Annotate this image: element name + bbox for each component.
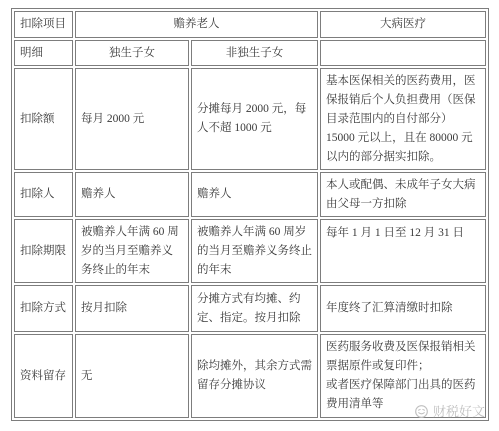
cell-deduction-period-non-only-child: 被赡养人年满 60 周岁的当月至赡养义务终止的年末 — [191, 219, 318, 283]
table-row-deduction-period: 扣除期限 被赡养人年满 60 周岁的当月至赡养义务终止的年末 被赡养人年满 60… — [14, 219, 486, 283]
cell-deduction-method-medical: 年度终了汇算清缴时扣除 — [320, 285, 486, 332]
cell-deduction-period-label: 扣除期限 — [14, 219, 73, 283]
cell-deduction-period-only-child: 被赡养人年满 60 周岁的当月至赡养义务终止的年末 — [75, 219, 189, 283]
cell-deduction-method-non-only-child: 分摊方式有均摊、约定、指定。按月扣除 — [191, 285, 318, 332]
cell-deduction-item-header: 扣除项目 — [14, 11, 73, 38]
cell-serious-illness-header: 大病医疗 — [320, 11, 486, 38]
cell-deductor-label: 扣除人 — [14, 172, 73, 217]
table-row-deduction-amount: 扣除额 每月 2000 元 分摊每月 2000 元，每人不超 1000 元 基本… — [14, 68, 486, 170]
cell-deduction-amount-non-only-child: 分摊每月 2000 元，每人不超 1000 元 — [191, 68, 318, 170]
cell-deduction-method-label: 扣除方式 — [14, 285, 73, 332]
cell-detail-medical-blank — [320, 40, 486, 66]
cell-detail-label: 明细 — [14, 40, 73, 66]
cell-document-retention-non-only-child: 除均摊外，其余方式需留存分摊协议 — [191, 334, 318, 418]
watermark-label: 财税好文 — [433, 405, 485, 418]
cell-document-retention-only-child: 无 — [75, 334, 189, 418]
table-row-deduction-method: 扣除方式 按月扣除 分摊方式有均摊、约定、指定。按月扣除 年度终了汇算清缴时扣除 — [14, 285, 486, 332]
cell-deduction-period-medical: 每年 1 月 1 日至 12 月 31 日 — [320, 219, 486, 283]
cell-deductor-non-only-child: 赡养人 — [191, 172, 318, 217]
cell-deduction-amount-medical: 基本医保相关的医药费用，医保报销后个人负担费用（医保目录范围内的自付部分）150… — [320, 68, 486, 170]
cell-deduction-amount-only-child: 每月 2000 元 — [75, 68, 189, 170]
cell-deductor-only-child: 赡养人 — [75, 172, 189, 217]
table-row-deductor: 扣除人 赡养人 赡养人 本人或配偶、未成年子女大病由父母一方扣除 — [14, 172, 486, 217]
cell-deduction-amount-label: 扣除额 — [14, 68, 73, 170]
detail-row: 明细 独生子女 非独生子女 — [14, 40, 486, 66]
cell-only-child-header: 独生子女 — [75, 40, 189, 66]
cell-elderly-support-header: 赡养老人 — [75, 11, 318, 38]
watermark: 财税好文 — [414, 404, 485, 419]
cell-deductor-medical: 本人或配偶、未成年子女大病由父母一方扣除 — [320, 172, 486, 217]
smiley-logo-icon — [414, 404, 429, 419]
tax-deduction-comparison-table: 扣除项目 赡养老人 大病医疗 明细 独生子女 非独生子女 扣除额 每月 2000… — [11, 8, 489, 421]
title-row: 扣除项目 赡养老人 大病医疗 — [14, 11, 486, 38]
cell-non-only-child-header: 非独生子女 — [191, 40, 318, 66]
cell-document-retention-label: 资料留存 — [14, 334, 73, 418]
cell-deduction-method-only-child: 按月扣除 — [75, 285, 189, 332]
